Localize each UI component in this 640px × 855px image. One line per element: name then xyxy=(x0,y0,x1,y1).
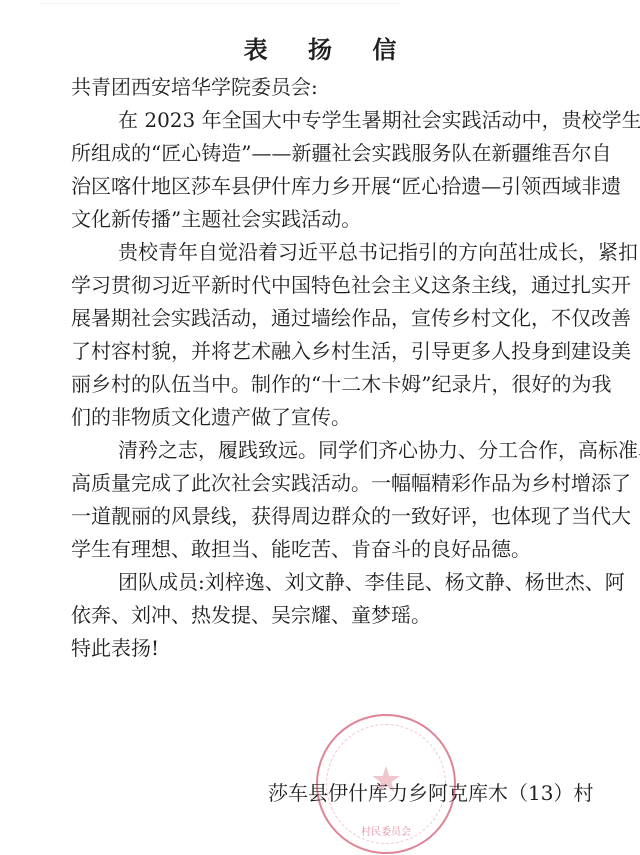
signature-line: 莎车县伊什库力乡阿克库木（13）村 xyxy=(268,777,593,806)
letter-body: 共青团西安培华学院委员会: 在 2023 年全国大中专学生暑期社会实践活动中，贵… xyxy=(71,71,593,665)
paragraph-line: 团队成员:刘梓逸、刘文静、李佳昆、杨文静、杨世杰、阿 xyxy=(71,566,593,599)
paragraph-line: 清矜之志，履践致远。同学们齐心协力、分工合作，高标准、 xyxy=(71,434,593,467)
scan-edge-line xyxy=(40,3,400,4)
closing-line: 特此表扬! xyxy=(71,632,593,665)
paragraph-line: 所组成的“匠心铸造”——新疆社会实践服务队在新疆维吾尔自 xyxy=(71,137,593,170)
paragraph-line: 丽乡村的队伍当中。制作的“十二木卡姆”纪录片，很好的为我 xyxy=(71,368,593,401)
paragraph-line: 高质量完成了此次社会实践活动。一幅幅精彩作品为乡村增添了 xyxy=(71,467,593,500)
paragraph-line: 一道靓丽的风景线，获得周边群众的一致好评，也体现了当代大 xyxy=(71,500,593,533)
paragraph-line: 在 2023 年全国大中专学生暑期社会实践活动中，贵校学生 xyxy=(71,104,593,137)
seal-label: 村民委员会 xyxy=(318,823,454,838)
paragraph-line: 依奔、刘冲、热发提、吴宗耀、童梦瑶。 xyxy=(71,599,593,632)
paragraph-line: 学生有理想、敢担当、能吃苦、肯奋斗的良好品德。 xyxy=(71,533,593,566)
paragraph-line: 治区喀什地区莎车县伊什库力乡开展“匠心拾遗—引领西域非遗 xyxy=(71,170,593,203)
letter-page: 表 扬 信 共青团西安培华学院委员会: 在 2023 年全国大中专学生暑期社会实… xyxy=(0,0,640,855)
paragraph-line: 学习贯彻习近平新时代中国特色社会主义这条主线，通过扎实开 xyxy=(71,269,593,302)
paragraph-line: 贵校青年自觉沿着习近平总书记指引的方向茁壮成长，紧扣 xyxy=(71,236,593,269)
paragraph-2: 贵校青年自觉沿着习近平总书记指引的方向茁壮成长，紧扣 学习贯彻习近平新时代中国特… xyxy=(71,236,593,434)
paragraph-line: 们的非物质文化遗产做了宣传。 xyxy=(71,401,593,434)
paragraph-3: 清矜之志，履践致远。同学们齐心协力、分工合作，高标准、 高质量完成了此次社会实践… xyxy=(71,434,593,566)
paragraph-line: 文化新传播”主题社会实践活动。 xyxy=(71,203,593,236)
salutation: 共青团西安培华学院委员会: xyxy=(71,71,593,104)
paragraph-line: 了村容村貌，并将艺术融入乡村生活，引导更多人投身到建设美 xyxy=(71,335,593,368)
paragraph-line: 展暑期社会实践活动，通过墙绘作品，宣传乡村文化，不仅改善 xyxy=(71,302,593,335)
letter-title: 表 扬 信 xyxy=(0,30,640,65)
paragraph-team-members: 团队成员:刘梓逸、刘文静、李佳昆、杨文静、杨世杰、阿 依奔、刘冲、热发提、吴宗耀… xyxy=(71,566,593,632)
paragraph-1: 在 2023 年全国大中专学生暑期社会实践活动中，贵校学生 所组成的“匠心铸造”… xyxy=(71,104,593,236)
